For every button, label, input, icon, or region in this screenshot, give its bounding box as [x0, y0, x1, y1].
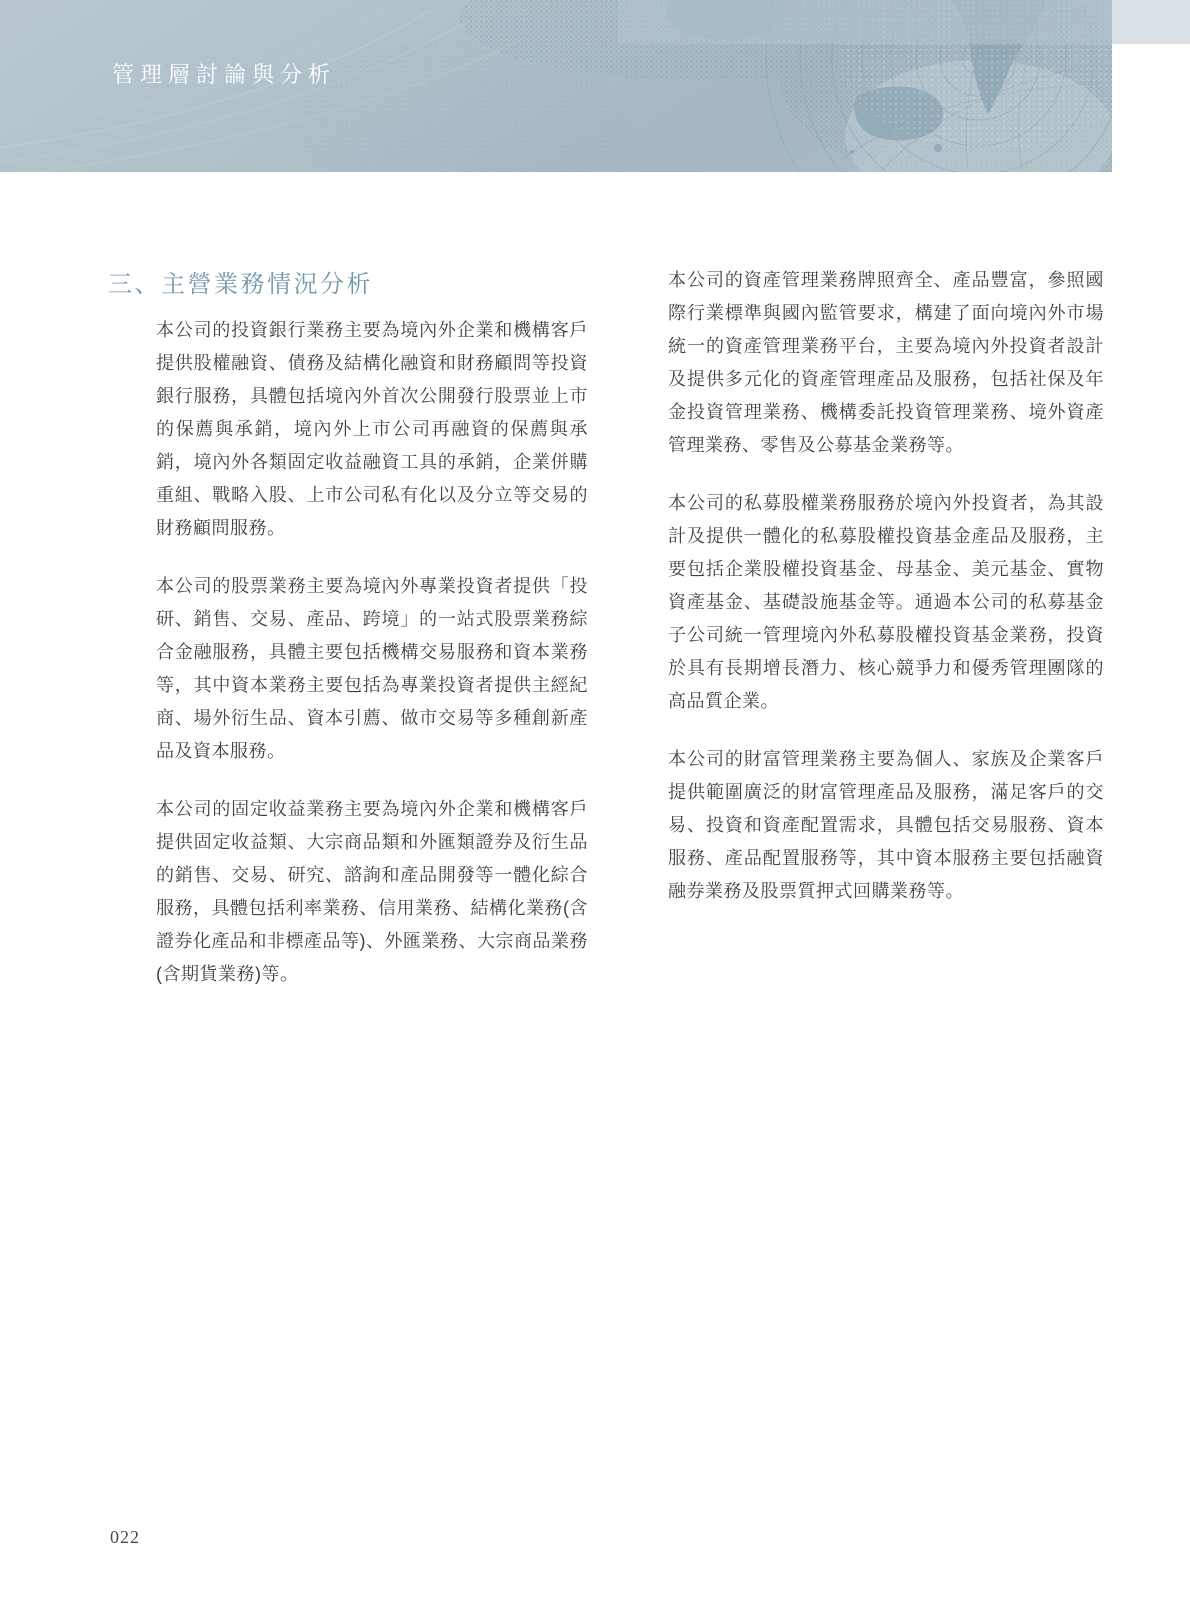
- paragraph-private-equity: 本公司的私募股權業務服務於境內外投資者，為其設計及提供一體化的私募股權投資基金產…: [668, 487, 1104, 718]
- paragraph-asset-management: 本公司的資產管理業務牌照齊全、產品豐富，參照國際行業標準與國內監管要求，構建了面…: [668, 264, 1104, 462]
- page-number: 022: [110, 1527, 140, 1548]
- report-page: 管理層討論與分析 三、主營業務情況分析 本公司的投資銀行業務主要為境內外企業和機…: [0, 0, 1190, 1615]
- page-header-banner: 管理層討論與分析: [0, 0, 1112, 172]
- paragraph-investment-banking: 本公司的投資銀行業務主要為境內外企業和機構客戶提供股權融資、債務及結構化融資和財…: [156, 314, 588, 545]
- paragraph-fixed-income: 本公司的固定收益業務主要為境內外企業和機構客戶提供固定收益類、大宗商品類和外匯類…: [156, 793, 588, 991]
- right-text-column: 本公司的資產管理業務牌照齊全、產品豐富，參照國際行業標準與國內監管要求，構建了面…: [668, 264, 1104, 933]
- paragraph-wealth-management: 本公司的財富管理業務主要為個人、家族及企業客戶提供範圍廣泛的財富管理產品及服務，…: [668, 743, 1104, 908]
- left-text-column: 本公司的投資銀行業務主要為境內外企業和機構客戶提供股權融資、債務及結構化融資和財…: [156, 314, 588, 1016]
- paragraph-equities: 本公司的股票業務主要為境內外專業投資者提供「投研、銷售、交易、產品、跨境」的一站…: [156, 570, 588, 768]
- header-corner-block: [1112, 0, 1190, 44]
- section-title: 三、主營業務情況分析: [108, 264, 373, 299]
- header-highlight-band: [618, 0, 1112, 44]
- chapter-title: 管理層討論與分析: [112, 58, 336, 89]
